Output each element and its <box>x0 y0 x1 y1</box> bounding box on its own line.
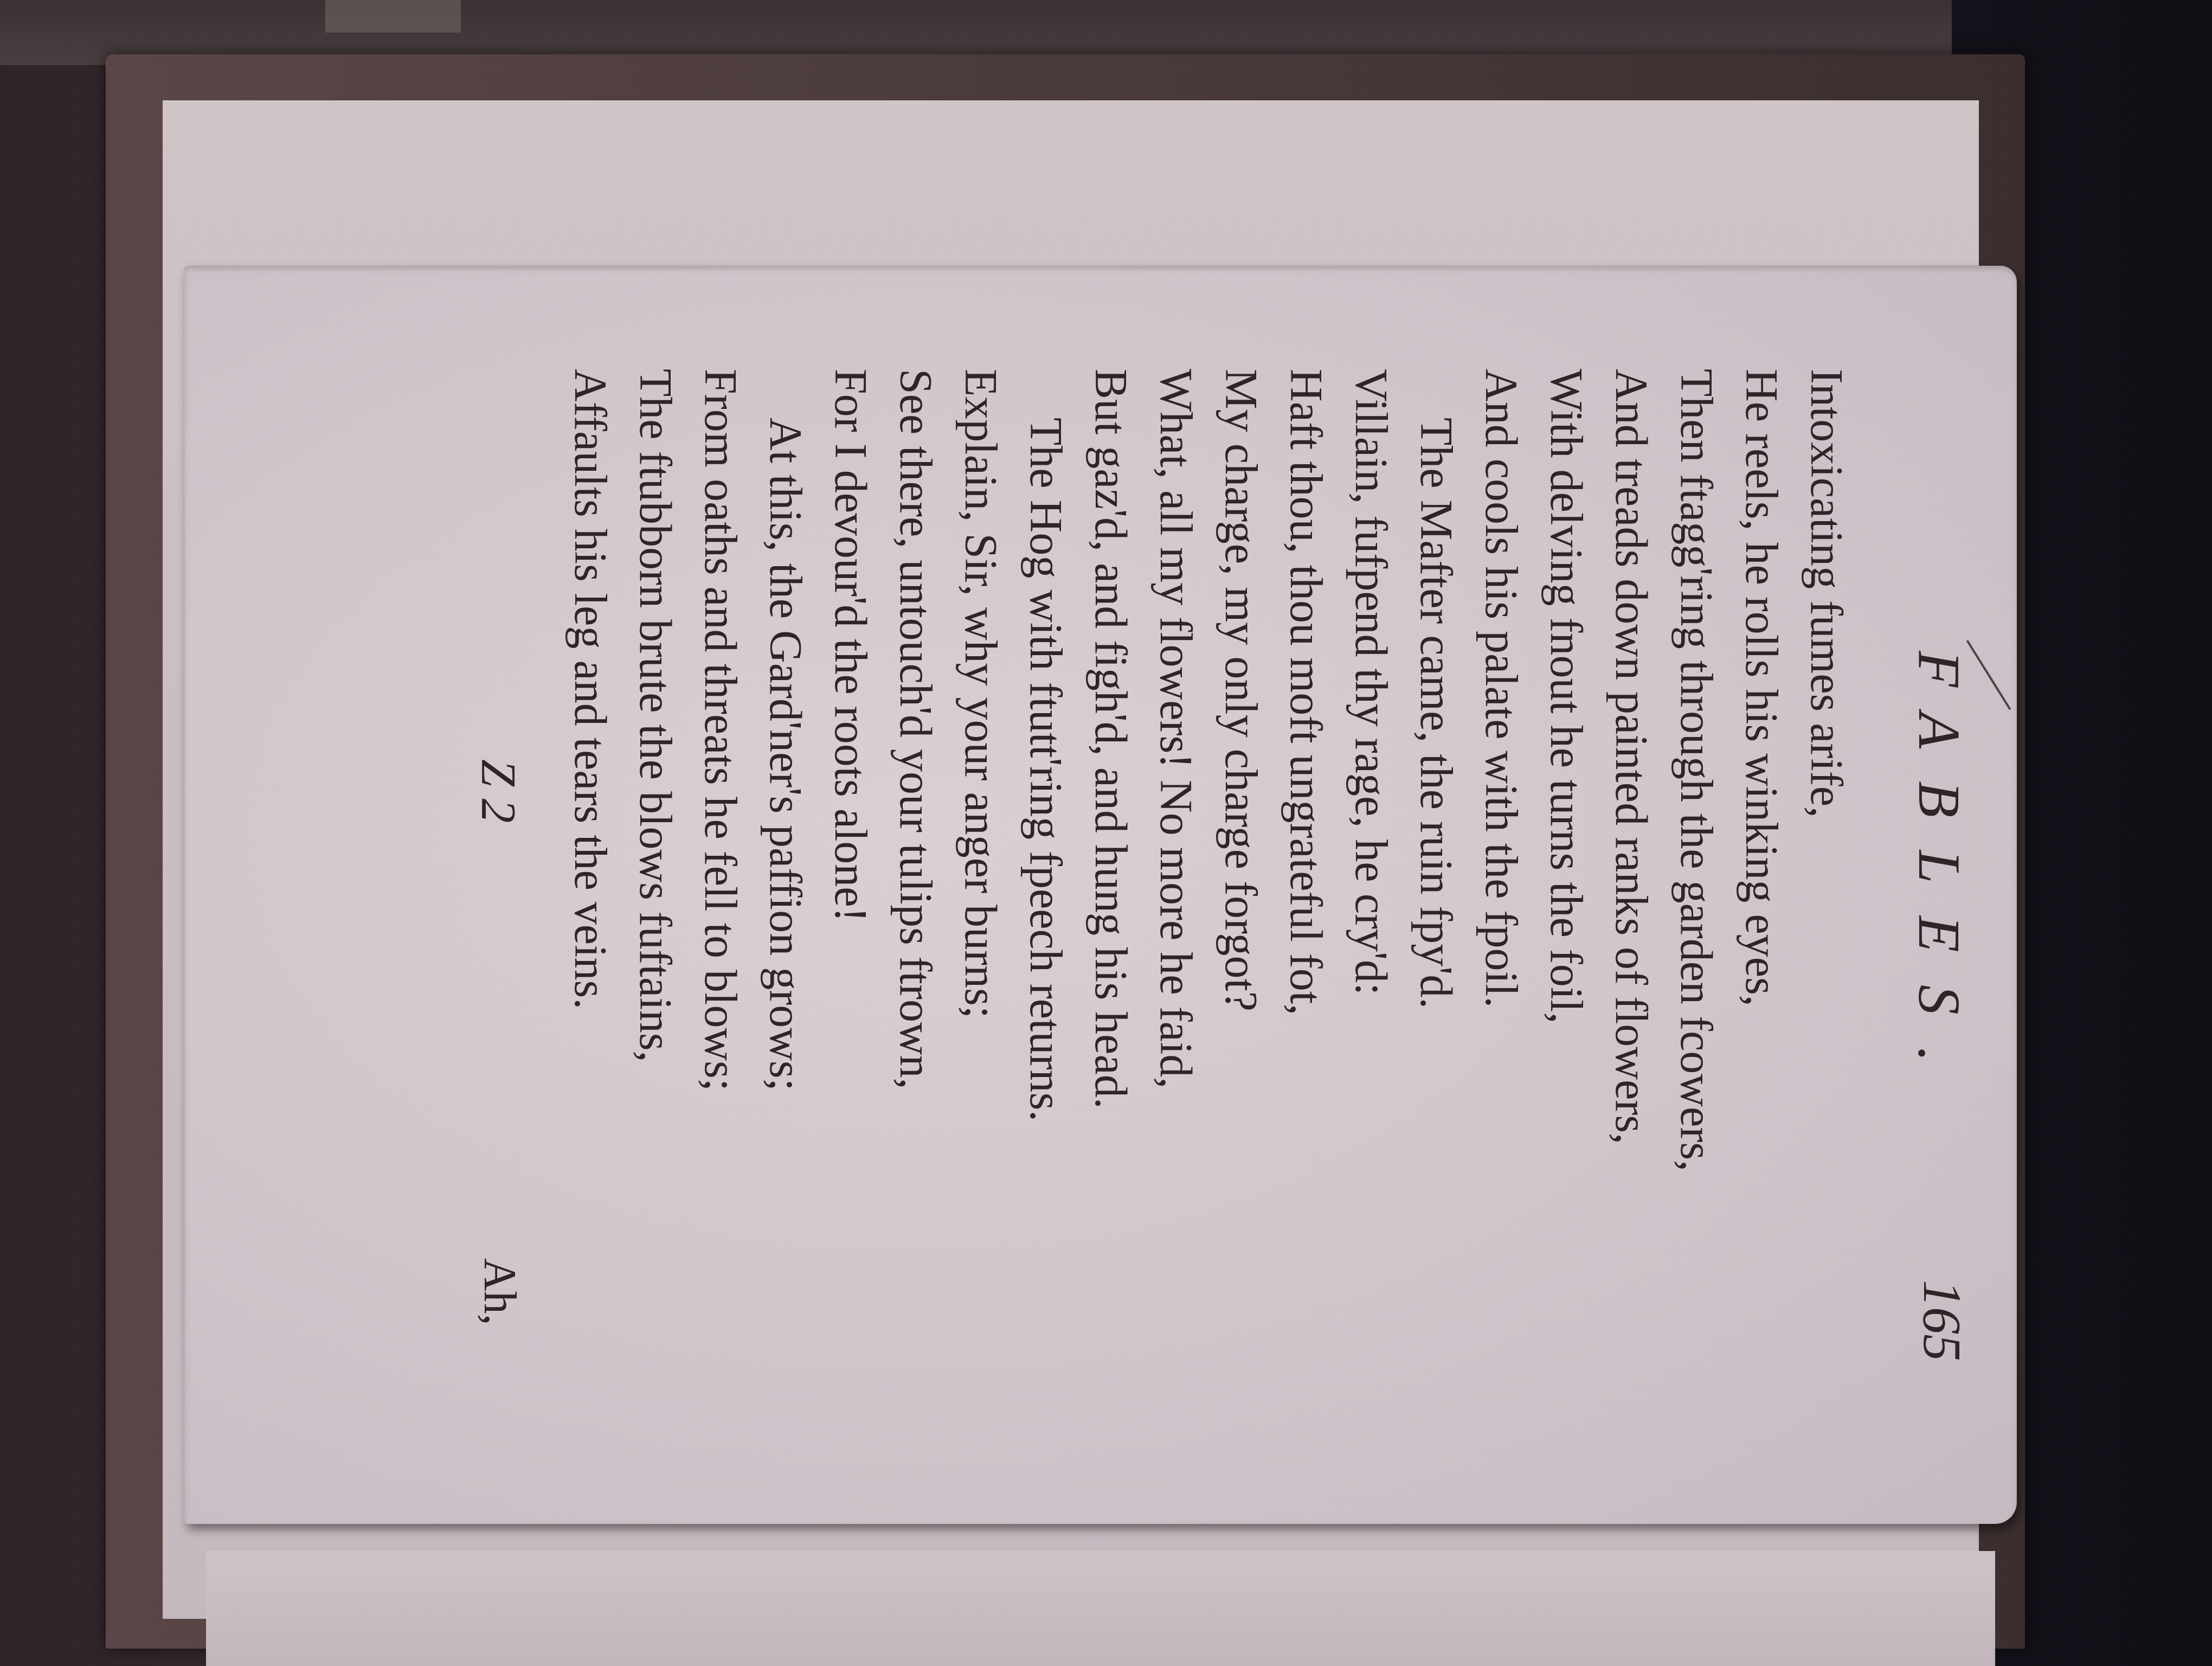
verse-line: And cools his palate with the fpoil. <box>1478 369 1523 1008</box>
verse-line: For I devour'd the roots alone! <box>827 369 873 922</box>
verse-line: Haft thou, thou moft ungrateful fot, <box>1283 369 1328 1015</box>
verse-line: What, all my flowers! No more he faid, <box>1153 369 1198 1088</box>
signature-mark: Z 2 <box>470 759 526 823</box>
verse-line: Intoxicating fumes arife, <box>1803 369 1849 818</box>
background-object <box>325 0 461 33</box>
verse-line: Affaults his leg and tears the veins. <box>567 369 613 1009</box>
verse-line: The ftubborn brute the blows fuftains, <box>632 369 678 1062</box>
verse-line: He reels, he rolls his winking eyes, <box>1738 369 1784 1007</box>
verse-line: My charge, my only charge forgot? <box>1218 369 1263 1011</box>
page-number: 165 <box>1911 1280 1973 1361</box>
verse-line: With delving fnout he turns the foil, <box>1543 369 1589 1023</box>
page-text-block: FABLES. 165 Intoxicating fumes arife, He… <box>412 369 1984 1453</box>
verse-line: Then ftagg'ring through the garden fcowe… <box>1673 369 1719 1171</box>
verse-line: And treads down painted ranks of flowers… <box>1608 369 1654 1144</box>
verse-line: Explain, Sir, why your anger burns; <box>957 369 1003 1018</box>
verse-line: Villain, fufpend thy rage, he cry'd: <box>1348 369 1393 995</box>
verse-line: See there, untouch'd your tulips ftrown, <box>892 369 938 1090</box>
running-title: FABLES. <box>1905 651 1973 1094</box>
verse-line: From oaths and threats he fell to blows; <box>697 369 743 1091</box>
facing-page-edge <box>206 1551 1995 1666</box>
catchword: Ah, <box>473 1258 526 1325</box>
verse-line: The Mafter came, the ruin fpy'd. <box>1413 369 1458 1009</box>
verse-line: At this, the Gard'ner's paffion grows; <box>762 369 808 1091</box>
verse-line: But gaz'd, and figh'd, and hung his head… <box>1088 369 1133 1109</box>
running-head: FABLES. 165 <box>1908 369 1984 1399</box>
verse-line: The Hog with ftutt'ring fpeech returns. <box>1023 369 1068 1122</box>
